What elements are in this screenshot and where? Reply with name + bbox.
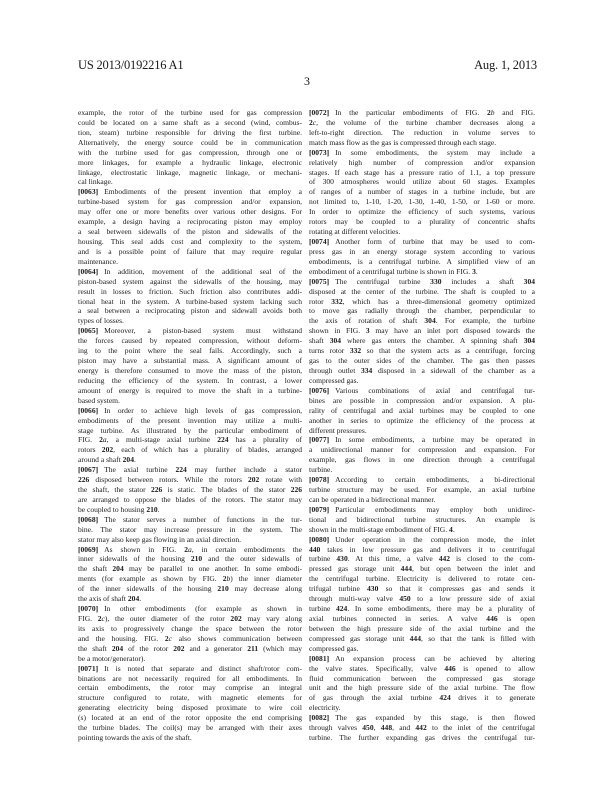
text-line: [0070]In other embodiments (for example … [78,604,302,614]
reference-numeral: 424 [439,693,450,702]
reference-numeral: 224 [217,435,228,444]
text-line: rotors 202, each of which has a pluralit… [78,445,302,455]
text-line: amount of energy is required to move the… [78,386,302,396]
paragraph-number: [0079] [309,505,329,514]
paragraph-0066: [0066]In order to achieve high levels of… [78,406,302,466]
reference-numeral: 202 [230,614,241,623]
paragraph-0072: [0072]In the particular embodiments of F… [309,108,535,148]
text-line: ing to the point where the seal fails. A… [78,346,302,356]
publication-date: Aug. 1, 2013 [474,58,537,73]
text-line: compressed gas. [309,644,535,654]
text-line: Alternatively, the energy source could b… [78,138,302,148]
paragraph-number: [0074] [309,237,329,246]
text-line: piston may have a substantial mass. A si… [78,356,302,366]
text-line: binations are not necessarily required f… [78,674,302,684]
reference-numeral: 202 [102,445,113,454]
paragraph-0075: [0075]The centrifugal turbine 330 includ… [309,277,535,386]
text-line: shaft 304 where gas enters the chamber. … [309,336,535,346]
text-line: inner sidewalls of the housing 210 and t… [78,554,302,564]
text-line: a seal between a reciprocating piston an… [78,306,302,316]
text-line: a seal between sidewalls of the piston a… [78,227,302,237]
text-line: rotors may be coupled to a plurality of … [309,217,535,227]
reference-numeral: 226 [78,475,89,484]
text-line: [0064]In addition, movement of the addit… [78,267,302,277]
reference-numeral: 204 [112,644,123,653]
reference-numeral: 334 [361,366,372,375]
text-line: [0065]Moreover, a piston-based system mu… [78,326,302,336]
text-line: example, gas flows in one direction thro… [309,455,535,465]
reference-numeral: 332 [350,346,361,355]
text-line: another in series to optimize the effici… [309,416,535,426]
paragraph-number: [0073] [309,148,329,157]
text-line: compressed gas storage unit 444, so that… [309,634,535,644]
page-number: 3 [0,74,614,89]
publication-number: US 2013/0192216 A1 [78,58,183,73]
text-line: can be operated in a bidirectional manne… [309,495,535,505]
reference-numeral: 304 [524,336,535,345]
text-line: certain embodiments, the rotor may compr… [78,683,302,693]
reference-numeral: 430 [367,584,378,593]
paragraph-0069: [0069]As shown in FIG. 2a, in certain em… [78,545,302,605]
text-line: based system. [78,396,302,406]
paragraph-number: [0077] [309,435,329,444]
paragraph-number: [0069] [78,545,98,554]
paragraph-0079: [0079]Particular embodiments may employ … [309,505,535,535]
reference-numeral: 444 [410,634,421,643]
paragraph-number: [0080] [309,535,329,544]
paragraph-number: [0065] [78,326,98,335]
paragraph-0080: [0080]Under operation in the compression… [309,535,535,654]
text-line: to move gas radially through the chamber… [309,306,535,316]
text-line: [0077]In some embodiments, a turbine may… [309,435,535,445]
text-line: rality of centrifugal and axial turbines… [309,406,535,416]
reference-numeral: 304 [424,316,435,325]
paragraph-0063: [0063]Embodiments of the present inventi… [78,187,302,266]
text-line: [0080]Under operation in the compression… [309,535,535,545]
text-line: [0068]The stator serves a number of func… [78,515,302,525]
text-line: [0082]The gas expanded by this stage, is… [309,713,535,723]
text-line: of the inner sidewalls of the housing 21… [78,584,302,594]
text-line: embodiment of a centrifugal turbine is s… [309,267,535,277]
text-line: electricity. [309,703,535,713]
paragraph-0071: [0071]It is noted that separate and dist… [78,664,302,743]
text-line: tional heat in the system. A turbine-bas… [78,297,302,307]
text-line: press gas in an energy storage system ac… [309,247,535,257]
reference-numeral: 450 [399,594,410,603]
text-line: rotating at different velocities. [309,227,535,237]
text-line: the centrifugal turbine. Electricity is … [309,574,535,584]
text-line: the shaft 204 may be parallel to one ano… [78,564,302,574]
text-line: [0075]The centrifugal turbine 330 includ… [309,277,535,287]
text-line: could be located on a same shaft as a se… [78,118,302,128]
reference-numeral: 3 [366,326,370,335]
text-line: stage turbine. As illustrated by the par… [78,426,302,436]
paragraph-0077: [0077]In some embodiments, a turbine may… [309,435,535,475]
text-line: a unidirectional manner for compression … [309,445,535,455]
text-line: its axis to progressively change the spa… [78,624,302,634]
text-line: and is a possible point of failure that … [78,247,302,257]
text-line: through outlet 334 disposed in a sidewal… [309,366,535,376]
figure-suffix: c [102,614,105,623]
reference-numeral: 202 [248,475,259,484]
paragraph-0076: [0076]Various combinations of axial and … [309,386,535,436]
text-line: turbine 424. In some embodiments, there … [309,604,535,614]
figure-suffix: b [491,108,495,117]
text-line: linkage, electrostatic linkage, magnetic… [78,168,302,178]
text-line: the shaft, the stator 226 is static. The… [78,485,302,495]
text-line: [0066]In order to achieve high levels of… [78,406,302,416]
reference-numeral: 211 [247,644,258,653]
paragraph-0078: [0078]According to certain embodiments, … [309,475,535,505]
text-line: ments (for example as shown by FIG. 2b) … [78,574,302,584]
paragraph-number: [0078] [309,475,329,484]
reference-numeral: 440 [309,545,320,554]
text-line: structure configured to rotate, with mag… [78,693,302,703]
text-line: fluid communication between the compress… [309,674,535,684]
text-line: generating electricity being disposed pr… [78,703,302,713]
reference-numeral: 226 [291,485,302,494]
text-line: [0076]Various combinations of axial and … [309,386,535,396]
text-line: of ranges of a number of stages in a tur… [309,187,535,197]
text-line: [0081]An expansion process can be achiev… [309,654,535,664]
text-line: the axis of rotation of shaft 304. For e… [309,316,535,326]
paragraph-0082: [0082]The gas expanded by this stage, is… [309,713,535,743]
paragraph-number: [0070] [78,604,98,613]
text-line: match mass flow as the gas is compressed… [309,138,535,148]
text-line: [0071]It is noted that separate and dist… [78,664,302,674]
text-line: trifugal turbine 430 so that it compress… [309,584,535,594]
paragraph-0073: [0073]In some embodiments, the system ma… [309,148,535,237]
reference-numeral: 332 [331,297,342,306]
reference-numeral: 448 [381,723,392,732]
text-line: [0063]Embodiments of the present inventi… [78,187,302,197]
paragraph-number: [0081] [309,654,329,663]
text-line: tional and bidirectional turbine structu… [309,515,535,525]
reference-numeral: 204 [112,564,123,573]
text-line: the forces caused by repeated compressio… [78,336,302,346]
text-line: turbine-based system for gas compression… [78,197,302,207]
text-line: disposed at the center of the turbine. T… [309,287,535,297]
text-line: the axis of shaft 204. [78,594,302,604]
reference-numeral: 330 [430,277,441,286]
reference-numeral: 202 [173,644,184,653]
text-line: In order to optimize the efficiency of s… [309,207,535,217]
reference-numeral: 226 [151,485,162,494]
paragraph-number: [0064] [78,267,98,276]
text-line: through multi-way valve 450 to a low pre… [309,594,535,604]
paragraph-0065: [0065]Moreover, a piston-based system mu… [78,326,302,405]
text-line: cal linkage. [78,177,302,187]
reference-numeral: 4 [449,525,453,534]
text-line: [0078]According to certain embodiments, … [309,475,535,485]
figure-suffix: c [169,634,172,643]
right-text-column: [0072]In the particular embodiments of F… [309,108,535,743]
text-line: [0079]Particular embodiments may employ … [309,505,535,515]
reference-numeral: 446 [486,614,497,623]
paragraph-number: [0067] [78,465,98,474]
text-line: maintenance. [78,257,302,267]
text-line: housing. This seal adds cost and complex… [78,237,302,247]
text-line: shown in the multi-stage embodiment of F… [309,525,535,535]
left-text-column: example, the rotor of the turbine used f… [78,108,302,743]
text-line: relatively high number of compression an… [309,158,535,168]
text-line: 226 disposed between rotors. While the r… [78,475,302,485]
text-line: FIG. 2c), the outer diameter of the roto… [78,614,302,624]
text-line: left-to-right direction. The reduction i… [309,128,535,138]
paragraph-0064: [0064]In addition, movement of the addit… [78,267,302,327]
reference-numeral: 424 [336,604,347,613]
paragraph-0081: [0081]An expansion process can be achiev… [309,654,535,714]
paragraph-number: [0066] [78,406,98,415]
text-line: [0067]The axial turbine 224 may further … [78,465,302,475]
text-line: around a shaft 204. [78,455,302,465]
text-line: 440 takes in low pressure gas and delive… [309,545,535,555]
text-line: and the housing. FIG. 2c also shows comm… [78,634,302,644]
text-line: pointing towards the axis of the shaft. [78,733,302,743]
paragraph-continued: example, the rotor of the turbine used f… [78,108,302,187]
text-line: [0069]As shown in FIG. 2a, in certain em… [78,545,302,555]
text-line: rotor 332, which has a three-dimensional… [309,297,535,307]
text-line: with the turbine used for gas compressio… [78,148,302,158]
paragraph-number: [0071] [78,664,98,673]
text-line: embodiments of the present invention may… [78,416,302,426]
text-line: turbine. The further expanding gas drive… [309,733,535,743]
text-line: [0074]Another form of turbine that may b… [309,237,535,247]
text-line: turns rotor 332 so that the system acts … [309,346,535,356]
text-line: turbine structure may be used. For examp… [309,485,535,495]
reference-numeral: 210 [217,584,228,593]
text-line: bines are possible in compression and/or… [309,396,535,406]
text-line: gas to the outer sides of the chamber. T… [309,356,535,366]
reference-numeral: 444 [401,564,412,573]
text-line: (s) located at an end of the rotor oppos… [78,713,302,723]
text-line: the shaft 204 of the rotor 202 and a gen… [78,644,302,654]
reference-numeral: 210 [191,554,202,563]
text-line: example, the rotor of the turbine used f… [78,108,302,118]
text-line: through valves 450, 448, and 442 to the … [309,723,535,733]
figure-suffix: c [313,118,316,127]
reference-numeral: 430 [336,554,347,563]
reference-numeral: 204 [123,455,134,464]
text-line: of gas through the axial turbine 424 dri… [309,693,535,703]
reference-numeral: 446 [444,664,455,673]
text-line: example, a design having a reciprocating… [78,217,302,227]
text-line: energy is therefore consumed to move the… [78,366,302,376]
text-line: pressed gas storage unit 444, but open b… [309,564,535,574]
reference-numeral: 210 [146,505,157,514]
reference-numeral: 224 [176,465,187,474]
reference-numeral: 450 [362,723,373,732]
text-line: turbine 430. At this time, a valve 442 i… [309,554,535,564]
figure-suffix: b [226,574,230,583]
text-line: the valve states. Specifically, valve 44… [309,664,535,674]
reference-numeral: 304 [524,277,535,286]
reference-numeral: 304 [330,336,341,345]
paragraph-number: [0068] [78,515,98,524]
text-line: embodiments, is a centrifugal turbine. A… [309,257,535,267]
text-line: stages. If each stage has a pressure rat… [309,168,535,178]
text-line: between the high pressure side of the ax… [309,624,535,634]
text-line: of 300 atmospheres would utilize about 6… [309,177,535,187]
reference-numeral: 204 [128,594,139,603]
reference-numeral: 3 [472,267,476,276]
paragraph-number: [0082] [309,713,329,722]
paragraph-number: [0076] [309,386,329,395]
text-line: stator may also keep gas flowing in an a… [78,535,302,545]
reference-numeral: 442 [415,723,426,732]
text-line: reducing the efficiency of the system. I… [78,376,302,386]
text-line: result in losses to friction. Such frict… [78,287,302,297]
text-line: compressed gas. [309,376,535,386]
text-line: bine. The stator may increase pressure i… [78,525,302,535]
text-line: turbine. [309,465,535,475]
text-line: FIG. 2a, a multi-stage axial turbine 224… [78,435,302,445]
text-line: are arranged to oppose the blades of the… [78,495,302,505]
text-line: the turbine blades. The coil(s) may be a… [78,723,302,733]
text-line: not limited to, 1-10, 1-20, 1-30, 1-40, … [309,197,535,207]
text-line: shown in FIG. 3 may have an inlet port d… [309,326,535,336]
text-line: tion, steam) turbine responsible for dri… [78,128,302,138]
paragraph-0067: [0067]The axial turbine 224 may further … [78,465,302,515]
text-line: be a motor/generator). [78,654,302,664]
text-line: axial turbines connected in series. A va… [309,614,535,624]
text-line: 2c, the volume of the turbine chamber de… [309,118,535,128]
text-line: more linkages, for example a hydraulic l… [78,158,302,168]
text-line: [0072]In the particular embodiments of F… [309,108,535,118]
text-line: unit and the high pressure side of the a… [309,683,535,693]
paragraph-0074: [0074]Another form of turbine that may b… [309,237,535,277]
text-line: may offer one or more benefits over vari… [78,207,302,217]
paragraph-0068: [0068]The stator serves a number of func… [78,515,302,545]
reference-numeral: 442 [439,554,450,563]
text-line: be coupled to housing 210. [78,505,302,515]
figure-suffix: a [103,435,107,444]
figure-suffix: a [188,545,192,554]
text-line: types of losses. [78,316,302,326]
text-line: different pressures. [309,426,535,436]
paragraph-number: [0063] [78,187,98,196]
text-line: piston-based system against the sidewall… [78,277,302,287]
text-line: [0073]In some embodiments, the system ma… [309,148,535,158]
paragraph-number: [0072] [309,108,329,117]
paragraph-0070: [0070]In other embodiments (for example … [78,604,302,664]
paragraph-number: [0075] [309,277,329,286]
